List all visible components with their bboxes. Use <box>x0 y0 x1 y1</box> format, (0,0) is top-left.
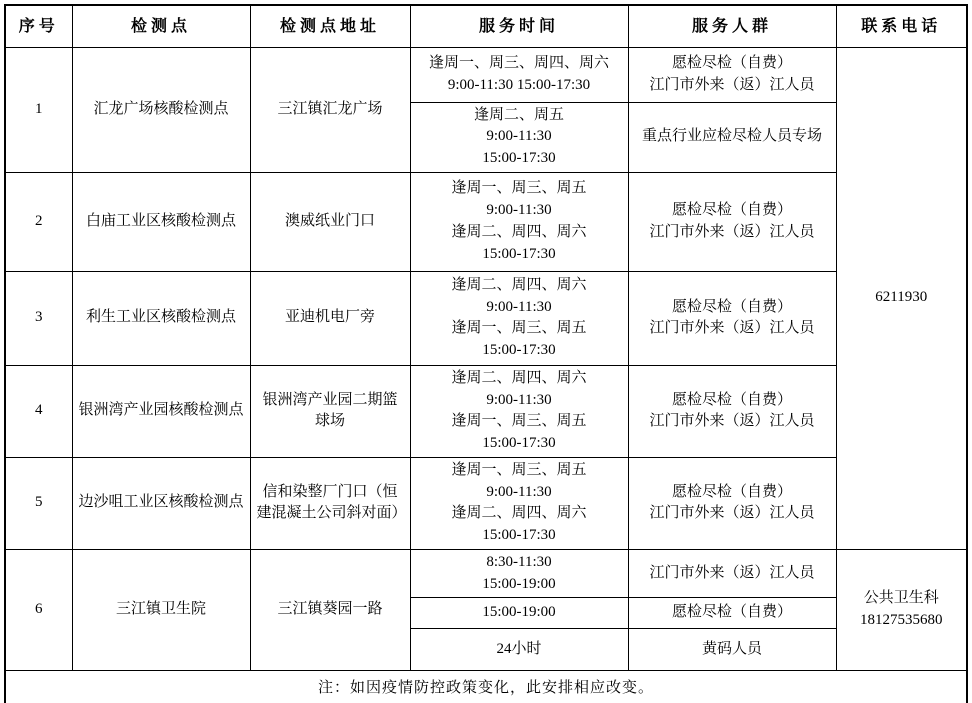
cell-group: 愿检尽检（自费） 江门市外来（返）江人员 <box>628 172 836 271</box>
cell-address: 澳威纸业门口 <box>250 172 410 271</box>
header-cell-phone: 联系电话 <box>836 5 967 47</box>
cell-time: 逢周一、周三、周五 9:00-11:30 逢周二、周四、周六 15:00-17:… <box>410 172 628 271</box>
header-cell-group: 服务人群 <box>628 5 836 47</box>
cell-address: 三江镇葵园一路 <box>250 549 410 671</box>
cell-time: 逢周一、周三、周五 9:00-11:30 逢周二、周四、周六 15:00-17:… <box>410 457 628 549</box>
cell-time: 逢周二、周四、周六 9:00-11:30 逢周一、周三、周五 15:00-17:… <box>410 365 628 457</box>
cell-address: 三江镇汇龙广场 <box>250 47 410 172</box>
cell-point: 银洲湾产业园核酸检测点 <box>72 365 250 457</box>
cell-group: 愿检尽检（自费） 江门市外来（返）江人员 <box>628 271 836 365</box>
cell-time: 逢周二、周五 9:00-11:30 15:00-17:30 <box>410 102 628 172</box>
table-row: 3 利生工业区核酸检测点 亚迪机电厂旁 逢周二、周四、周六 9:00-11:30… <box>5 271 967 365</box>
cell-time: 逢周一、周三、周四、周六 9:00-11:30 15:00-17:30 <box>410 47 628 102</box>
cell-no: 3 <box>5 271 72 365</box>
table-row: 1 汇龙广场核酸检测点 三江镇汇龙广场 逢周一、周三、周四、周六 9:00-11… <box>5 47 967 102</box>
header-row: 序号 检测点 检测点地址 服务时间 服务人群 联系电话 <box>5 5 967 47</box>
cell-no: 6 <box>5 549 72 671</box>
cell-time: 15:00-19:00 <box>410 598 628 629</box>
cell-point: 白庙工业区核酸检测点 <box>72 172 250 271</box>
cell-address: 亚迪机电厂旁 <box>250 271 410 365</box>
cell-address: 信和染整厂门口（恒建混凝土公司斜对面） <box>250 457 410 549</box>
header-cell-point: 检测点 <box>72 5 250 47</box>
cell-address: 银洲湾产业园二期篮球场 <box>250 365 410 457</box>
testing-points-table: 序号 检测点 检测点地址 服务时间 服务人群 联系电话 1 汇龙广场核酸检测点 … <box>4 4 968 703</box>
cell-point: 三江镇卫生院 <box>72 549 250 671</box>
cell-group: 重点行业应检尽检人员专场 <box>628 102 836 172</box>
cell-point: 汇龙广场核酸检测点 <box>72 47 250 172</box>
cell-time: 24小时 <box>410 629 628 671</box>
header-cell-no: 序号 <box>5 5 72 47</box>
note-text: 注：如因疫情防控政策变化，此安排相应改变。 <box>5 671 967 703</box>
cell-point: 边沙咀工业区核酸检测点 <box>72 457 250 549</box>
header-cell-time: 服务时间 <box>410 5 628 47</box>
cell-point: 利生工业区核酸检测点 <box>72 271 250 365</box>
cell-time: 逢周二、周四、周六 9:00-11:30 逢周一、周三、周五 15:00-17:… <box>410 271 628 365</box>
cell-group: 愿检尽检（自费） <box>628 598 836 629</box>
note-row: 注：如因疫情防控政策变化，此安排相应改变。 <box>5 671 967 703</box>
testing-points-table-page: 序号 检测点 检测点地址 服务时间 服务人群 联系电话 1 汇龙广场核酸检测点 … <box>0 0 972 703</box>
table-row: 5 边沙咀工业区核酸检测点 信和染整厂门口（恒建混凝土公司斜对面） 逢周一、周三… <box>5 457 967 549</box>
cell-no: 2 <box>5 172 72 271</box>
cell-no: 1 <box>5 47 72 172</box>
cell-phone-shared: 6211930 <box>836 47 967 549</box>
cell-phone-health-center: 公共卫生科 18127535680 <box>836 549 967 671</box>
cell-group: 愿检尽检（自费） 江门市外来（返）江人员 <box>628 365 836 457</box>
cell-no: 4 <box>5 365 72 457</box>
cell-no: 5 <box>5 457 72 549</box>
cell-time: 8:30-11:30 15:00-19:00 <box>410 549 628 598</box>
cell-group: 愿检尽检（自费） 江门市外来（返）江人员 <box>628 47 836 102</box>
table-row: 2 白庙工业区核酸检测点 澳威纸业门口 逢周一、周三、周五 9:00-11:30… <box>5 172 967 271</box>
cell-group: 愿检尽检（自费） 江门市外来（返）江人员 <box>628 457 836 549</box>
cell-group: 黄码人员 <box>628 629 836 671</box>
table-row: 6 三江镇卫生院 三江镇葵园一路 8:30-11:30 15:00-19:00 … <box>5 549 967 598</box>
cell-group: 江门市外来（返）江人员 <box>628 549 836 598</box>
table-row: 4 银洲湾产业园核酸检测点 银洲湾产业园二期篮球场 逢周二、周四、周六 9:00… <box>5 365 967 457</box>
header-cell-address: 检测点地址 <box>250 5 410 47</box>
